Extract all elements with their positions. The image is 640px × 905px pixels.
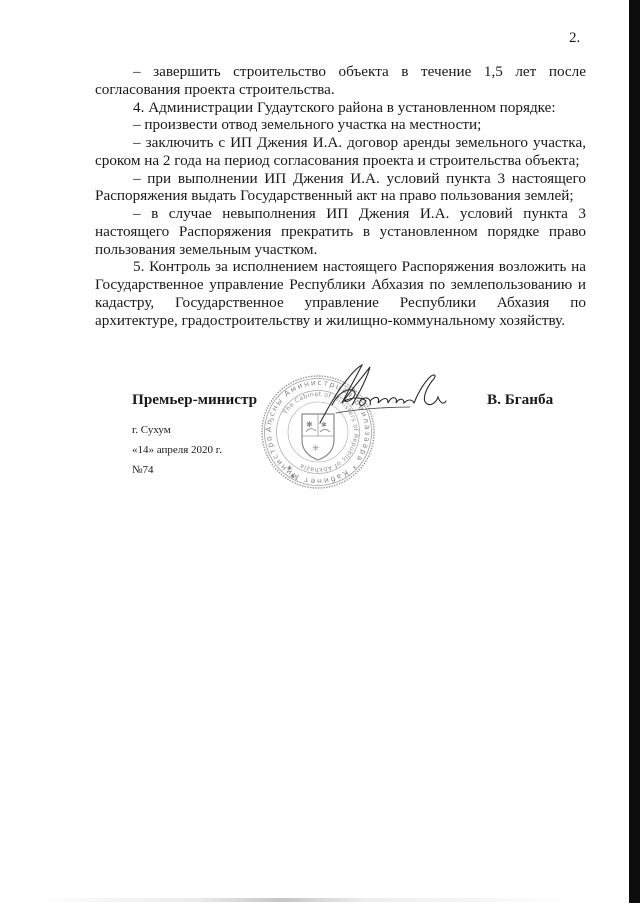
document-body: – завершить строительство объекта в тече… <box>95 63 586 329</box>
scan-artifact <box>30 898 590 902</box>
scan-edge-border <box>629 0 640 903</box>
paragraph-item-5-control: 5. Контроль за исполнением настоящего Ра… <box>95 258 586 329</box>
paragraph-termination: – в случае невыполнения ИП Джения И.А. у… <box>95 205 586 258</box>
paragraph-complete-construction: – завершить строительство объекта в тече… <box>95 63 586 99</box>
signatory-title: Премьер-министр <box>132 391 257 409</box>
document-page: 2. – завершить строительство объекта в т… <box>0 0 629 905</box>
paragraph-state-act: – при выполнении ИП Джения И.А. условий … <box>95 170 586 206</box>
svg-text:✱: ✱ <box>287 465 292 472</box>
paragraph-land-allocation: – произвести отвод земельного участка на… <box>95 116 586 134</box>
paragraph-item-4: 4. Администрации Гудаутского района в ус… <box>95 99 586 117</box>
svg-text:✱: ✱ <box>306 420 313 429</box>
page-number: 2. <box>569 29 580 47</box>
issue-date: «14» апреля 2020 г. <box>132 443 222 457</box>
handwritten-signature <box>318 363 448 431</box>
issue-city: г. Сухум <box>132 423 171 437</box>
document-number: №74 <box>132 463 154 477</box>
signatory-name: В. Бганба <box>487 391 553 409</box>
svg-text:✱: ✱ <box>290 473 295 480</box>
svg-text:✳: ✳ <box>312 444 320 454</box>
paragraph-lease-agreement: – заключить с ИП Джения И.А. договор аре… <box>95 134 586 170</box>
